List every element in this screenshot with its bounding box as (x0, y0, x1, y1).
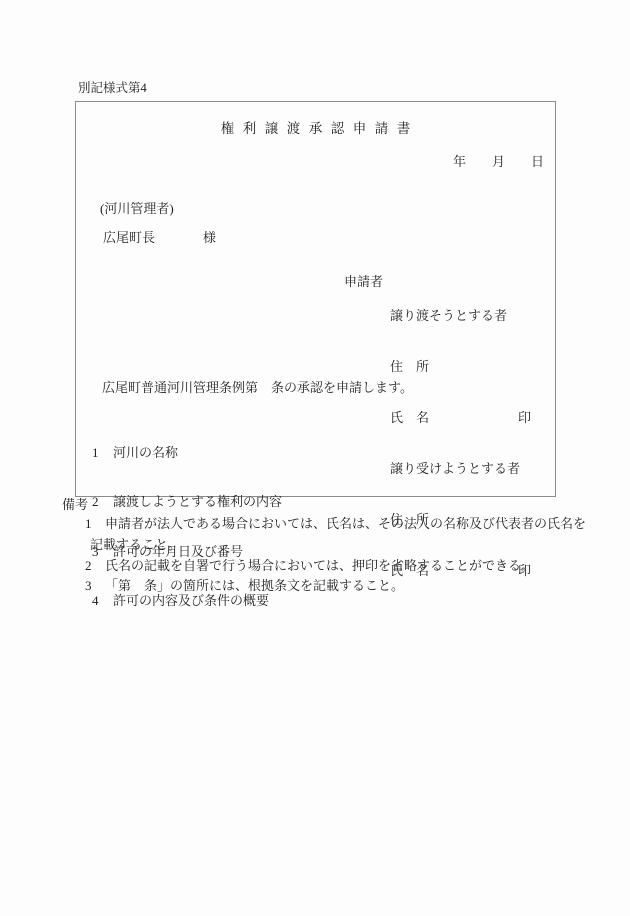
form-box: 権利譲渡承認申請書 年 月 日 (河川管理者) 広尾町長様 申請者 譲り渡そうと… (75, 101, 556, 497)
applicant-row-address: 住 所 (390, 358, 540, 375)
item-row: 1河川の名称 (92, 444, 282, 461)
river-manager-note: (河川管理者) (100, 201, 174, 217)
remark-line-1-continued: 記載すること。 (90, 537, 181, 553)
addressee-name: 広尾町長 (103, 230, 155, 245)
item-number: 2 (92, 493, 113, 510)
remark-text: 記載すること。 (90, 537, 181, 552)
item-row: 4許可の内容及び条件の概要 (92, 592, 282, 609)
applicant-label: 申請者 (344, 273, 383, 290)
applicant-row-transferor: 譲り渡そうとする者 (390, 307, 540, 324)
seal-mark: 印 (518, 409, 531, 426)
remark-line-2: 2氏名の記載を自署で行う場合においては、押印を省略することができる。 (85, 558, 534, 574)
date-line: 年 月 日 (453, 154, 544, 170)
item-text: 許可の内容及び条件の概要 (113, 593, 269, 608)
honorific: 様 (203, 230, 216, 245)
remarks-label: 備考 (62, 497, 88, 513)
statement-line: 広尾町普通河川管理条例第 条の承認を申請します。 (102, 380, 413, 396)
remark-number: 1 (85, 516, 105, 532)
applicant-row-text: 氏 名 (390, 410, 429, 425)
applicant-row-text: 譲り受けようとする者 (390, 461, 520, 476)
remark-text: 申請者が法人である場合においては、氏名は、その法人の名称及び代表者の氏名を (105, 516, 586, 531)
item-text: 譲渡しようとする権利の内容 (113, 494, 282, 509)
addressee-line: 広尾町長様 (103, 230, 216, 246)
remark-number: 2 (85, 558, 105, 574)
form-title: 権利譲渡承認申請書 (76, 121, 555, 137)
remark-line-1: 1申請者が法人である場合においては、氏名は、その法人の名称及び代表者の氏名を (85, 516, 586, 532)
remark-line-3: 3「第 条」の箇所には、根拠条文を記載すること。 (85, 578, 404, 594)
item-number: 1 (92, 444, 113, 461)
item-row: 2譲渡しようとする権利の内容 (92, 493, 282, 510)
applicant-row-text: 譲り渡そうとする者 (390, 308, 507, 323)
remark-text: 氏名の記載を自署で行う場合においては、押印を省略することができる。 (105, 558, 534, 573)
applicant-row-name: 氏 名印 (390, 409, 540, 426)
item-number: 4 (92, 592, 113, 609)
document-page: 別記様式第4 権利譲渡承認申請書 年 月 日 (河川管理者) 広尾町長様 申請者… (0, 0, 630, 916)
remark-number: 3 (85, 578, 105, 594)
applicant-row-transferee: 譲り受けようとする者 (390, 460, 540, 477)
applicant-row-text: 住 所 (390, 359, 429, 374)
remark-text: 「第 条」の箇所には、根拠条文を記載すること。 (105, 578, 404, 593)
form-number-label: 別記様式第4 (78, 80, 147, 96)
item-text: 河川の名称 (113, 445, 178, 460)
